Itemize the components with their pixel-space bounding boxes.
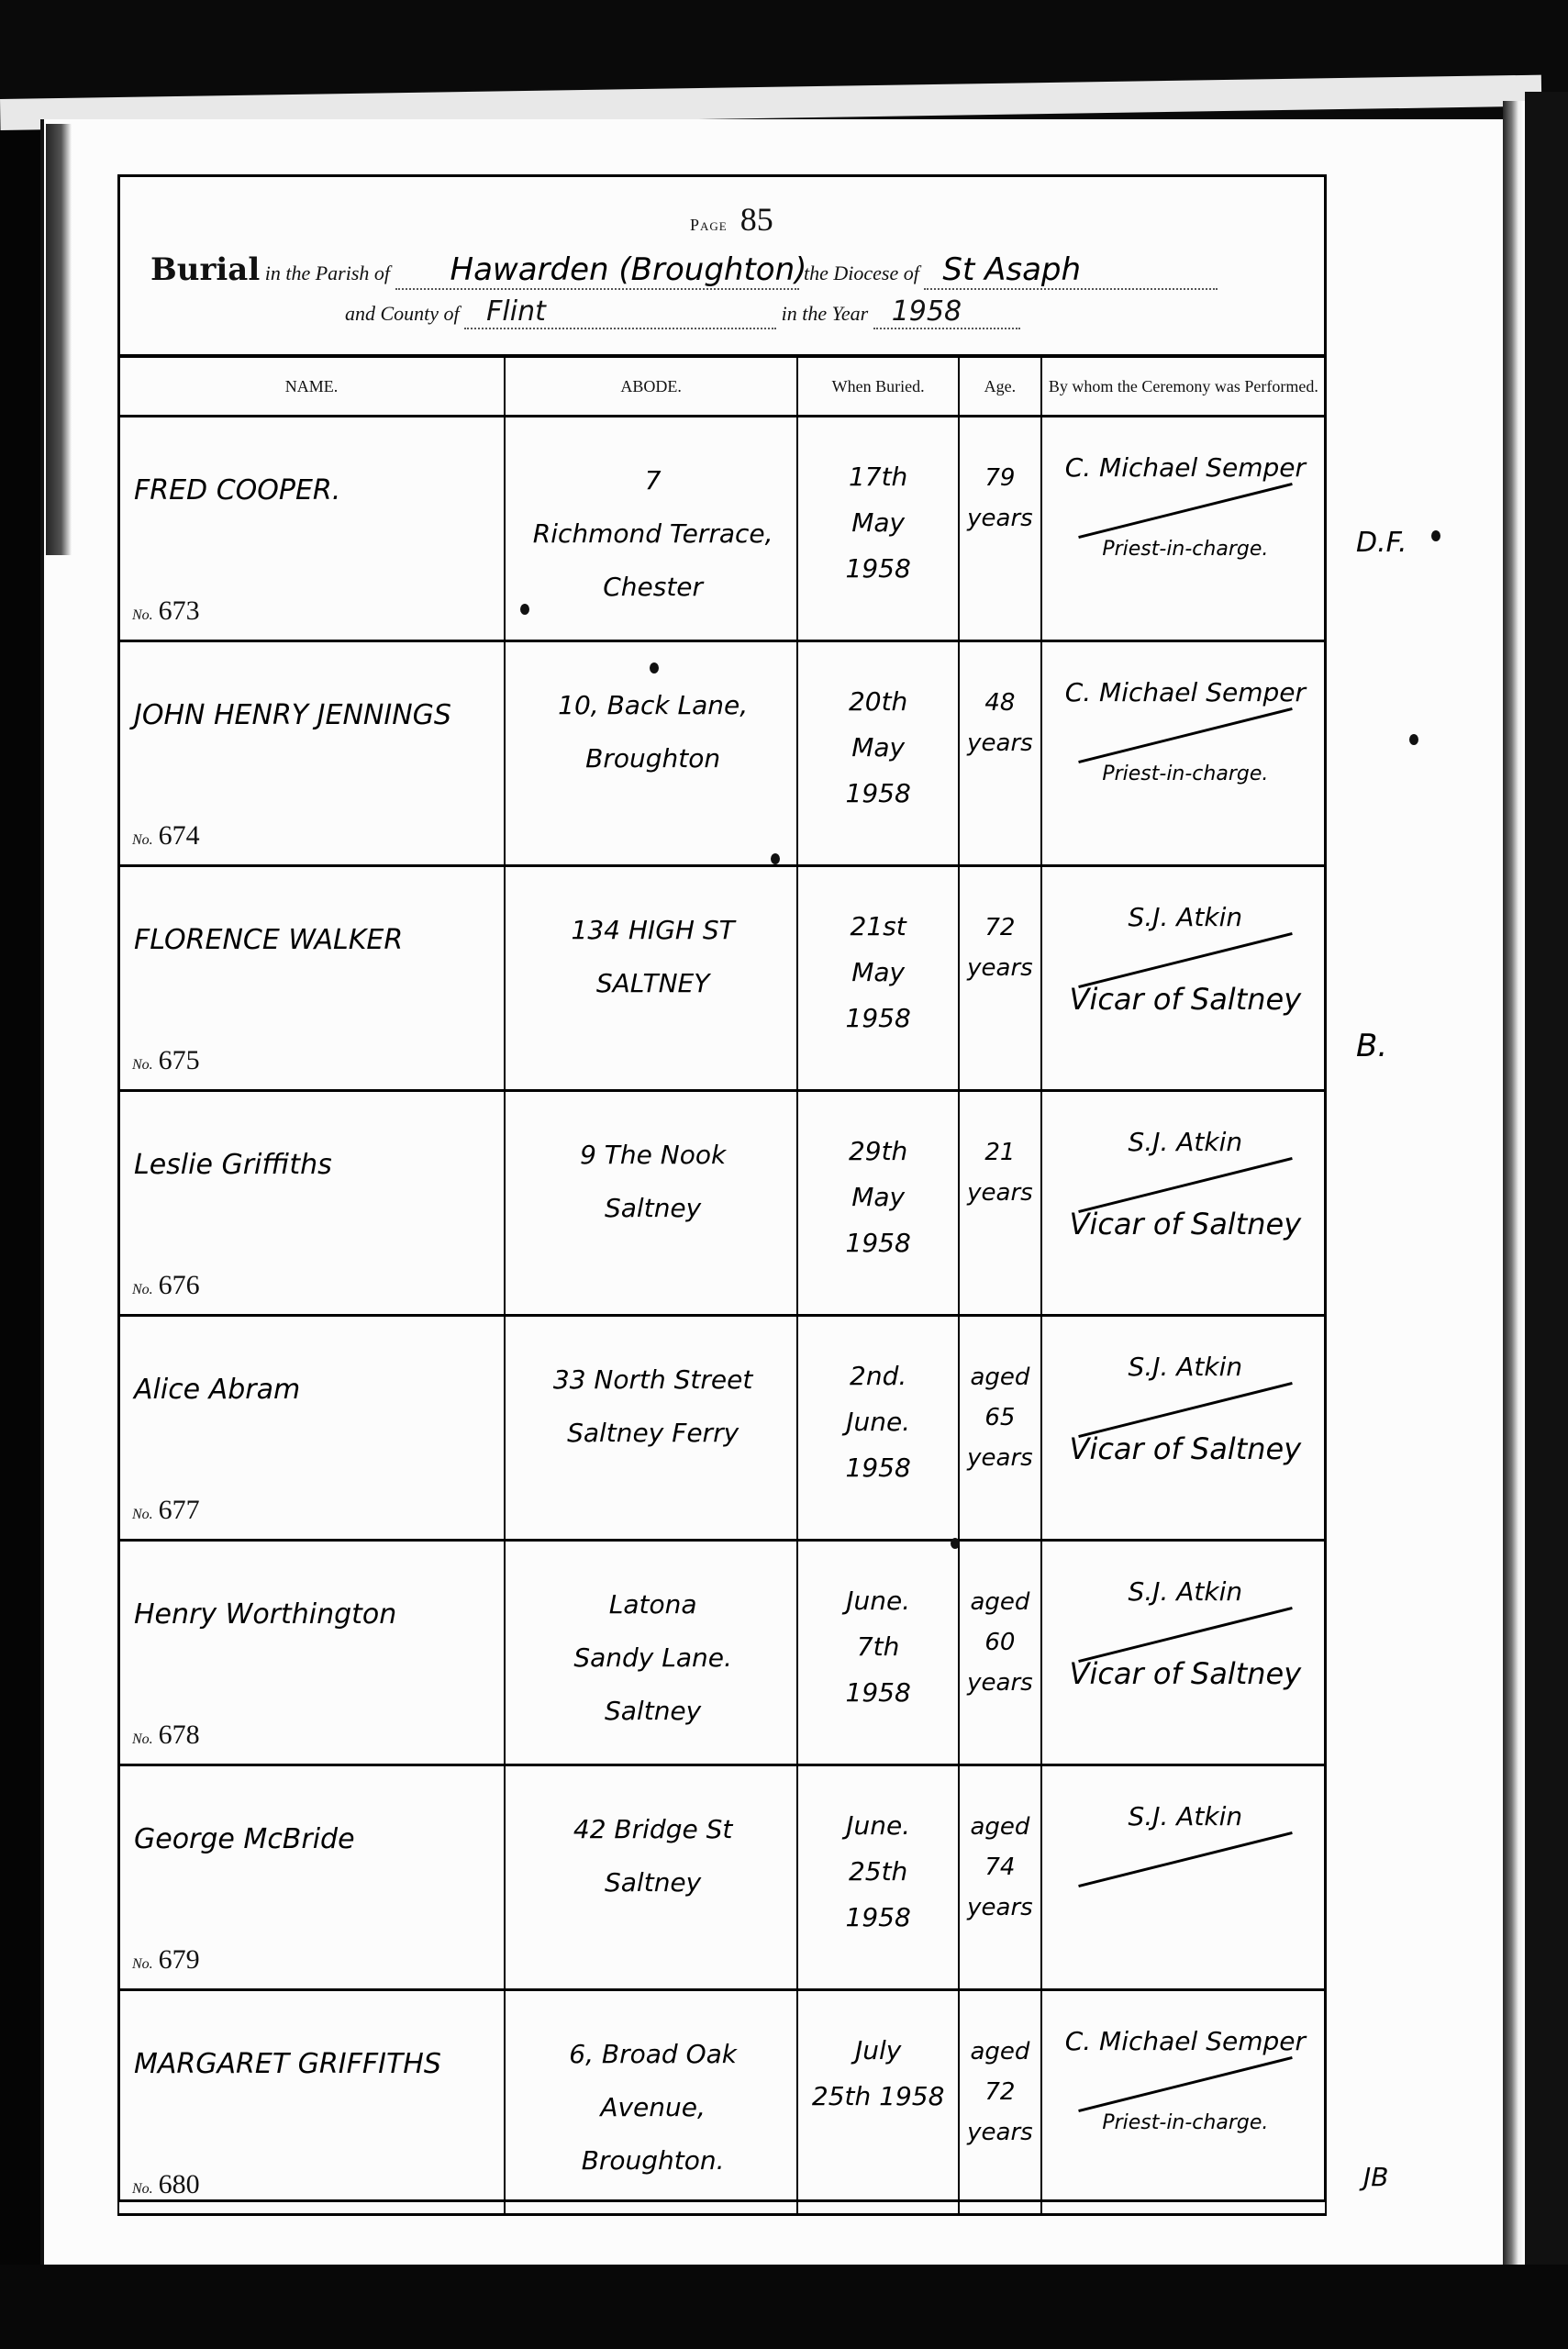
officiant-cell: S.J. AtkinVicar of Saltney [1041,866,1326,1091]
margin-note-df: D.F. [1356,527,1407,559]
ink-spot [771,853,780,864]
abode-line: 10, Back Lane, [517,679,789,732]
page-label: Page [690,216,728,234]
age-line: years [960,1663,1040,1703]
signature-flourish [1078,932,1293,988]
abode-cell: 42 Bridge StSaltney [505,1765,797,1990]
abode-line: Sandy Lane. [517,1631,789,1685]
when-buried-line: 25th 1958 [802,2074,954,2120]
abode-line: 42 Bridge St [517,1803,789,1856]
entry-number-label: No. [132,1731,153,1747]
officiant-title: Priest-in-charge. [1053,536,1318,563]
abode-line: Saltney Ferry [517,1407,789,1460]
when-buried-cell: 2nd.June.1958 [797,1316,959,1541]
age-cell: 21years [959,1091,1041,1316]
abode-line: 6, Broad Oak [517,2028,789,2081]
table-row: FLORENCE WALKERNo.675134 HIGH STSALTNEY2… [118,866,1326,1091]
entry-number-value: 675 [159,1045,200,1075]
officiant-signature: S.J. Atkin [1053,1803,1318,1831]
when-buried-line: June. [802,1578,954,1624]
name-cell: Henry WorthingtonNo.678 [118,1541,505,1765]
age-line: 21 [960,1132,1040,1173]
entry-number-value: 678 [159,1720,200,1750]
when-buried-line: June. [802,1803,954,1849]
entry-number-value: 677 [159,1495,200,1525]
abode-line: Saltney [517,1182,789,1235]
year-label: in the Year [782,302,869,325]
ink-spot [650,662,659,674]
when-buried-line: 1958 [802,1895,954,1941]
age-cell: 48years [959,641,1041,866]
when-buried-line: May [802,725,954,771]
officiant-signature: S.J. Atkin [1053,904,1318,931]
when-buried-line: 20th [802,679,954,725]
abode-line: Richmond Terrace, [517,507,789,561]
entry-number: No.674 [132,820,200,852]
abode-cell: 33 North StreetSaltney Ferry [505,1316,797,1541]
officiant-signature: S.J. Atkin [1053,1129,1318,1156]
name-cell: FLORENCE WALKERNo.675 [118,866,505,1091]
when-buried-line: 1958 [802,1445,954,1491]
register-title: Burial in the Parish of Hawarden (Brough… [150,251,1218,290]
when-buried-line: June. [802,1399,954,1445]
officiant-cell: C. Michael SemperPriest-in-charge. [1041,417,1326,641]
table-row: FRED COOPER.No.6737Richmond Terrace,Ches… [118,417,1326,641]
when-buried-line: 2nd. [802,1353,954,1399]
diocese-value: St Asaph [942,251,1081,288]
when-buried-line: 1958 [802,1220,954,1266]
signature-flourish [1078,1607,1293,1663]
officiant-title: Priest-in-charge. [1053,2110,1318,2137]
when-buried-line: 1958 [802,771,954,817]
signature-flourish [1078,1157,1293,1213]
year-value: 1958 [892,295,962,328]
when-buried-line: May [802,950,954,996]
officiant-cell: C. Michael SemperPriest-in-charge. [1041,641,1326,866]
when-buried-cell: June.7th1958 [797,1541,959,1765]
age-line: 72 [960,907,1040,948]
margin-note-jb: JB [1363,2162,1388,2192]
abode-line: Saltney [517,1856,789,1909]
when-buried-line: 21st [802,904,954,950]
age-line: years [960,1438,1040,1478]
name-cell: JOHN HENRY JENNINGSNo.674 [118,641,505,866]
officiant-title: Vicar of Saltney [1053,1660,1318,1687]
abode-line: SALTNEY [517,957,789,1010]
age-line: aged [960,2032,1040,2072]
entry-number-label: No. [132,1956,153,1972]
officiant-signature: C. Michael Semper [1053,2028,1318,2055]
name-cell: Leslie GriffithsNo.676 [118,1091,505,1316]
burial-register-table: NAME. ABODE. When Buried. Age. By whom t… [117,354,1327,2216]
column-header-when-buried: When Buried. [797,356,959,417]
abode-line: 9 The Nook [517,1129,789,1182]
burial-heading: Burial [150,251,260,288]
age-line: 74 [960,1847,1040,1887]
name-cell: Alice AbramNo.677 [118,1316,505,1541]
deceased-name: Leslie Griffiths [134,1149,332,1181]
entry-number-value: 673 [159,596,200,626]
table-row: Alice AbramNo.67733 North StreetSaltney … [118,1316,1326,1541]
deceased-name: George McBride [134,1823,355,1855]
parish-value: Hawarden (Broughton) [450,251,807,288]
entry-number: No.677 [132,1495,200,1526]
age-line: years [960,498,1040,539]
entry-number-label: No. [132,1057,153,1073]
table-row: Henry WorthingtonNo.678LatonaSandy Lane.… [118,1541,1326,1765]
column-header-name: NAME. [118,356,505,417]
officiant-title: Vicar of Saltney [1053,1435,1318,1463]
when-buried-line: May [802,500,954,546]
table-row: JOHN HENRY JENNINGSNo.67410, Back Lane,B… [118,641,1326,866]
county-label: and County of [345,302,460,325]
entry-number: No.678 [132,1720,200,1751]
age-line: 65 [960,1397,1040,1438]
signature-flourish [1078,2056,1293,2112]
officiant-cell: S.J. AtkinVicar of Saltney [1041,1316,1326,1541]
age-cell: aged60years [959,1541,1041,1765]
officiant-title: Priest-in-charge. [1053,761,1318,788]
age-line: aged [960,1357,1040,1397]
deceased-name: Henry Worthington [134,1598,396,1631]
ink-spot [951,1538,960,1549]
officiant-title: Vicar of Saltney [1053,985,1318,1013]
column-header-abode: ABODE. [505,356,797,417]
entry-number-value: 674 [159,820,200,851]
signature-flourish [1078,1831,1293,1887]
deceased-name: FRED COOPER. [134,474,340,507]
age-line: years [960,948,1040,988]
entry-number: No.673 [132,596,200,627]
signature-flourish [1078,707,1293,763]
officiant-signature: C. Michael Semper [1053,679,1318,707]
age-cell: 72years [959,866,1041,1091]
deceased-name: Alice Abram [134,1374,300,1406]
gutter-shadow [46,124,72,555]
when-buried-line: 25th [802,1849,954,1895]
signature-flourish [1078,1382,1293,1438]
age-line: years [960,1887,1040,1928]
entry-number: No.675 [132,1045,200,1076]
entry-number-label: No. [132,1507,153,1522]
abode-cell: 6, Broad OakAvenue,Broughton. [505,1990,797,2215]
age-cell: aged74years [959,1765,1041,1990]
abode-cell: 10, Back Lane,Broughton [505,641,797,866]
age-cell: aged65years [959,1316,1041,1541]
county-value: Flint [486,295,546,328]
entry-number-value: 680 [159,2169,200,2199]
abode-line: Broughton [517,732,789,785]
when-buried-line: 1958 [802,1670,954,1716]
when-buried-cell: June.25th1958 [797,1765,959,1990]
officiant-signature: S.J. Atkin [1053,1353,1318,1381]
age-line: years [960,2112,1040,2153]
officiant-signature: S.J. Atkin [1053,1578,1318,1606]
book-cover-right [1525,92,1568,2349]
page-number-value: 85 [740,201,773,238]
age-line: aged [960,1582,1040,1622]
deceased-name: MARGARET GRIFFITHS [134,2048,441,2080]
when-buried-line: May [802,1174,954,1220]
abode-line: 33 North Street [517,1353,789,1407]
when-buried-cell: 29thMay1958 [797,1091,959,1316]
age-line: aged [960,1807,1040,1847]
officiant-cell: S.J. Atkin [1041,1765,1326,1990]
age-line: 79 [960,458,1040,498]
when-buried-line: July [802,2028,954,2074]
table-row: Leslie GriffithsNo.6769 The NookSaltney2… [118,1091,1326,1316]
age-cell: aged72years [959,1990,1041,2215]
abode-line: Broughton. [517,2134,789,2188]
entry-number-label: No. [132,832,153,848]
column-header-row: NAME. ABODE. When Buried. Age. By whom t… [118,356,1326,417]
deceased-name: FLORENCE WALKER [134,924,403,956]
page-number: Page 85 [690,200,773,239]
entry-number: No.676 [132,1270,200,1301]
age-cell: 79years [959,417,1041,641]
column-header-age: Age. [959,356,1041,417]
entry-number-value: 676 [159,1270,200,1300]
abode-line: Latona [517,1578,789,1631]
age-line: 48 [960,683,1040,723]
abode-line: Saltney [517,1685,789,1738]
age-line: years [960,1173,1040,1213]
officiant-title: Vicar of Saltney [1053,1210,1318,1238]
book-cover-bottom [0,2265,1568,2349]
age-line: years [960,723,1040,763]
ink-spot [1431,530,1440,541]
ink-spot [520,604,529,615]
column-header-by-whom: By whom the Ceremony was Performed. [1041,356,1326,417]
name-cell: MARGARET GRIFFITHSNo.680 [118,1990,505,2215]
officiant-cell: S.J. AtkinVicar of Saltney [1041,1541,1326,1765]
age-line: 60 [960,1622,1040,1663]
officiant-signature: C. Michael Semper [1053,454,1318,482]
abode-cell: 134 HIGH STSALTNEY [505,866,797,1091]
abode-line: 134 HIGH ST [517,904,789,957]
entry-number: No.679 [132,1944,200,1976]
abode-cell: 7Richmond Terrace,Chester [505,417,797,641]
abode-cell: LatonaSandy Lane.Saltney [505,1541,797,1765]
when-buried-line: 17th [802,454,954,500]
deceased-name: JOHN HENRY JENNINGS [134,699,451,731]
signature-flourish [1078,483,1293,539]
when-buried-cell: 17thMay1958 [797,417,959,641]
age-line: 72 [960,2072,1040,2112]
abode-line: 7 [517,454,789,507]
officiant-cell: C. Michael SemperPriest-in-charge. [1041,1990,1326,2215]
when-buried-cell: 20thMay1958 [797,641,959,866]
when-buried-cell: July25th 1958 [797,1990,959,2215]
table-row: George McBrideNo.67942 Bridge StSaltneyJ… [118,1765,1326,1990]
abode-line: Avenue, [517,2081,789,2134]
entry-number-label: No. [132,607,153,623]
county-year-line: and County of Flint in the Year 1958 [345,295,1020,329]
officiant-cell: S.J. AtkinVicar of Saltney [1041,1091,1326,1316]
abode-line: Chester [517,561,789,614]
parish-label: in the Parish of [265,262,390,284]
when-buried-line: 29th [802,1129,954,1174]
when-buried-line: 7th [802,1624,954,1670]
name-cell: George McBrideNo.679 [118,1765,505,1990]
entry-number: No.680 [132,2169,200,2200]
abode-cell: 9 The NookSaltney [505,1091,797,1316]
ink-spot [1409,734,1418,745]
entry-number-label: No. [132,1282,153,1297]
margin-note-b: B. [1356,1028,1387,1064]
entry-number-value: 679 [159,1944,200,1975]
when-buried-line: 1958 [802,546,954,592]
page-binding-edge [1503,101,1525,2303]
diocese-label: the Diocese of [804,262,919,284]
entry-number-label: No. [132,2181,153,2197]
name-cell: FRED COOPER.No.673 [118,417,505,641]
when-buried-cell: 21stMay1958 [797,866,959,1091]
when-buried-line: 1958 [802,996,954,1041]
table-row: MARGARET GRIFFITHSNo.6806, Broad OakAven… [118,1990,1326,2215]
